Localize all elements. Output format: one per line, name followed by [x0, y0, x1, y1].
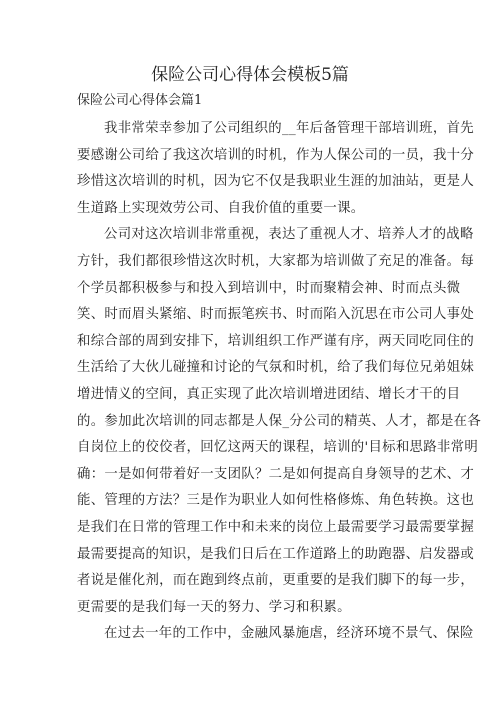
- body-text-line: 更需要的是我们每一天的努力、学习和积累。: [77, 595, 425, 622]
- body-text-line: 自岗位上的佼佼者，回忆这两天的课程，培训的'目标和思路非常明: [77, 435, 425, 462]
- body-text-line: 生道路上实现效劳公司、自我价值的重要一课。: [77, 196, 425, 223]
- body-text-line: 增进情义的空间，真正实现了此次培训增进团结、增长才干的目: [77, 382, 425, 409]
- document-body: 我非常荣幸参加了公司组织的__年后备管理干部培训班，首先要感谢公司给了我这次培训…: [77, 116, 425, 648]
- body-text-line: 公司对这次培训非常重视，表达了重视人才、培养人才的战略: [77, 222, 425, 249]
- body-text-line: 要感谢公司给了我这次培训的时机，作为人保公司的一员，我十分: [77, 143, 425, 170]
- body-text-line: 和综合部的周到安排下，培训组织工作严谨有序，两天同吃同住的: [77, 329, 425, 356]
- body-text-line: 最需要提高的知识，是我们日后在工作道路上的助跑器、启发器或: [77, 542, 425, 569]
- body-text-line: 者说是催化剂，而在跑到终点前，更重要的是我们脚下的每一步，: [77, 568, 425, 595]
- body-text-line: 方针，我们都很珍惜这次时机，大家都为培训做了充足的准备。每: [77, 249, 425, 276]
- body-text-line: 的。参加此次培训的同志都是人保_分公司的精英、人才，都是在各: [77, 409, 425, 436]
- body-text-line: 个学员都积极参与和投入到培训中，时而聚精会神、时而点头微: [77, 276, 425, 303]
- body-text-line: 是我们在日常的管理工作中和未来的岗位上最需要学习最需要掌握: [77, 515, 425, 542]
- document-title: 保险公司心得体会模板5篇: [0, 63, 500, 87]
- body-text-line: 笑、时而眉头紧缩、时而振笔疾书、时而陷入沉思在市公司人事处: [77, 302, 425, 329]
- body-text-line: 我非常荣幸参加了公司组织的__年后备管理干部培训班，首先: [77, 116, 425, 143]
- body-text-line: 生活给了大伙儿碰撞和讨论的气氛和时机，给了我们每位兄弟姐妹: [77, 355, 425, 382]
- body-text-line: 确：一是如何带着好一支团队？二是如何提高自身领导的艺术、才: [77, 462, 425, 489]
- body-text-line: 在过去一年的工作中，金融风暴施虐，经济环境不景气、保险: [77, 621, 425, 648]
- document-page: 保险公司心得体会模板5篇 保险公司心得体会篇1 我非常荣幸参加了公司组织的__年…: [0, 0, 500, 707]
- section-heading: 保险公司心得体会篇1: [77, 91, 202, 111]
- body-text-line: 能、管理的方法？三是作为职业人如何性格修炼、角色转换。这也: [77, 488, 425, 515]
- body-text-line: 珍惜这次培训的时机，因为它不仅是我职业生涯的加油站，更是人: [77, 169, 425, 196]
